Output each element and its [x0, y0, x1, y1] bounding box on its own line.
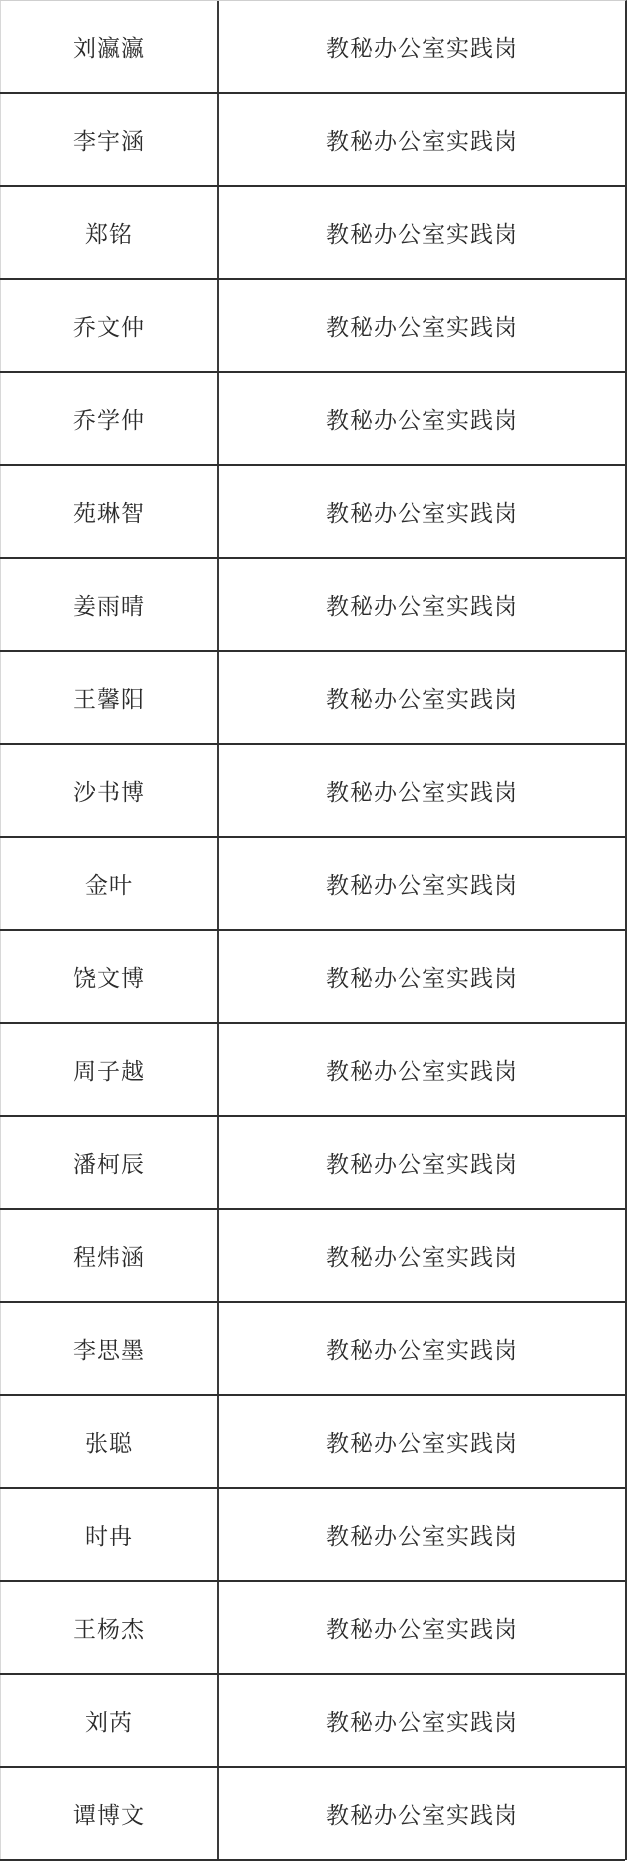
table-row: 王杨杰 教秘办公室实践岗	[0, 1582, 625, 1675]
table-row: 苑琳智 教秘办公室实践岗	[0, 466, 625, 559]
table-row: 李宇涵 教秘办公室实践岗	[0, 94, 625, 187]
name-cell: 刘瀛瀛	[0, 1, 219, 92]
position-cell: 教秘办公室实践岗	[219, 373, 625, 464]
table-row: 乔学仲 教秘办公室实践岗	[0, 373, 625, 466]
table-row: 王馨阳 教秘办公室实践岗	[0, 652, 625, 745]
table-row: 时冉 教秘办公室实践岗	[0, 1489, 625, 1582]
position-cell: 教秘办公室实践岗	[219, 1117, 625, 1208]
name-cell: 刘芮	[0, 1675, 219, 1766]
position-cell: 教秘办公室实践岗	[219, 745, 625, 836]
table-row: 饶文博 教秘办公室实践岗	[0, 931, 625, 1024]
position-cell: 教秘办公室实践岗	[219, 94, 625, 185]
name-cell: 程炜涵	[0, 1210, 219, 1301]
position-cell: 教秘办公室实践岗	[219, 652, 625, 743]
table-row: 张聪 教秘办公室实践岗	[0, 1396, 625, 1489]
table-row: 沙书博 教秘办公室实践岗	[0, 745, 625, 838]
position-cell: 教秘办公室实践岗	[219, 1489, 625, 1580]
name-cell: 乔学仲	[0, 373, 219, 464]
name-cell: 姜雨晴	[0, 559, 219, 650]
name-cell: 王杨杰	[0, 1582, 219, 1673]
position-cell: 教秘办公室实践岗	[219, 1396, 625, 1487]
name-cell: 李宇涵	[0, 94, 219, 185]
table-row: 程炜涵 教秘办公室实践岗	[0, 1210, 625, 1303]
position-cell: 教秘办公室实践岗	[219, 1675, 625, 1766]
table-row: 潘柯辰 教秘办公室实践岗	[0, 1117, 625, 1210]
position-cell: 教秘办公室实践岗	[219, 1582, 625, 1673]
name-cell: 周子越	[0, 1024, 219, 1115]
table-row: 郑铭 教秘办公室实践岗	[0, 187, 625, 280]
position-cell: 教秘办公室实践岗	[219, 187, 625, 278]
table-row: 刘瀛瀛 教秘办公室实践岗	[0, 1, 625, 94]
name-cell: 金叶	[0, 838, 219, 929]
name-cell: 王馨阳	[0, 652, 219, 743]
name-cell: 苑琳智	[0, 466, 219, 557]
position-cell: 教秘办公室实践岗	[219, 1210, 625, 1301]
name-cell: 谭博文	[0, 1768, 219, 1859]
name-cell: 沙书博	[0, 745, 219, 836]
name-cell: 李思墨	[0, 1303, 219, 1394]
position-cell: 教秘办公室实践岗	[219, 1303, 625, 1394]
name-cell: 潘柯辰	[0, 1117, 219, 1208]
table-row: 刘芮 教秘办公室实践岗	[0, 1675, 625, 1768]
position-cell: 教秘办公室实践岗	[219, 466, 625, 557]
position-cell: 教秘办公室实践岗	[219, 838, 625, 929]
position-cell: 教秘办公室实践岗	[219, 1024, 625, 1115]
name-cell: 时冉	[0, 1489, 219, 1580]
table-row: 谭博文 教秘办公室实践岗	[0, 1768, 625, 1860]
table-row: 金叶 教秘办公室实践岗	[0, 838, 625, 931]
name-cell: 饶文博	[0, 931, 219, 1022]
name-cell: 乔文仲	[0, 280, 219, 371]
table-row: 周子越 教秘办公室实践岗	[0, 1024, 625, 1117]
table-row: 乔文仲 教秘办公室实践岗	[0, 280, 625, 373]
assignment-table: 刘瀛瀛 教秘办公室实践岗 李宇涵 教秘办公室实践岗 郑铭 教秘办公室实践岗 乔文…	[0, 0, 627, 1860]
position-cell: 教秘办公室实践岗	[219, 931, 625, 1022]
name-cell: 郑铭	[0, 187, 219, 278]
table-row: 李思墨 教秘办公室实践岗	[0, 1303, 625, 1396]
name-cell: 张聪	[0, 1396, 219, 1487]
table-row: 姜雨晴 教秘办公室实践岗	[0, 559, 625, 652]
position-cell: 教秘办公室实践岗	[219, 280, 625, 371]
position-cell: 教秘办公室实践岗	[219, 1, 625, 92]
position-cell: 教秘办公室实践岗	[219, 1768, 625, 1859]
position-cell: 教秘办公室实践岗	[219, 559, 625, 650]
